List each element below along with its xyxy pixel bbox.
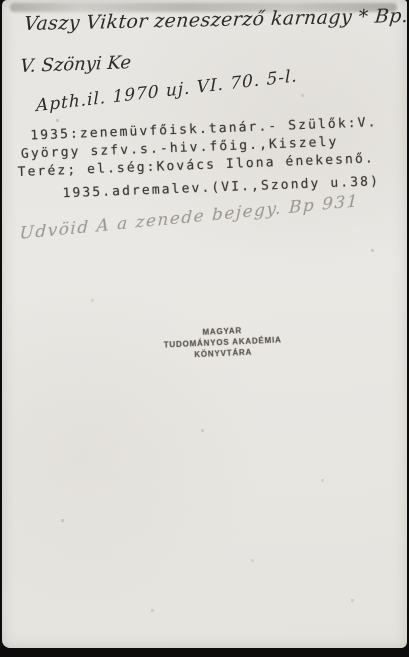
typewritten-block: 1935:zenemüvfőisk.tanár.- Szülők:V. Györ… — [16, 113, 404, 205]
scan-background: Vaszy Viktor zeneszerző karnagy * Bp. 19… — [0, 0, 409, 657]
handwritten-variant-line: V. Szönyi Ke — [20, 52, 132, 77]
index-card: Vaszy Viktor zeneszerző karnagy * Bp. 19… — [2, 0, 407, 648]
paper-specks — [2, 0, 3, 1]
library-stamp: MAGYAR TUDOMÁNYOS AKADÉMIA KÖNYVTÁRA — [152, 323, 293, 362]
